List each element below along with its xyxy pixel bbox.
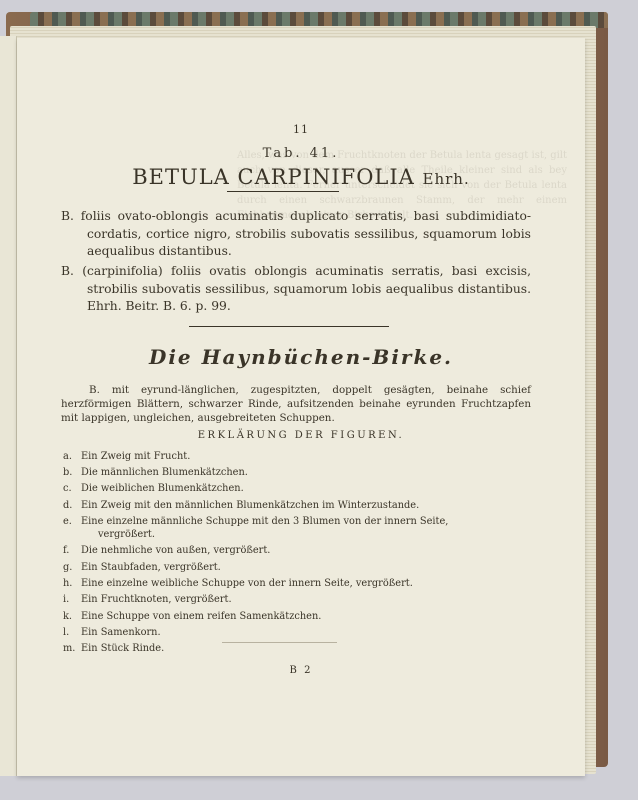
figure-item: f.Die nehmliche von außen, vergrößert. — [63, 543, 543, 559]
figures-heading: ERKLÄRUNG DER FIGUREN. — [17, 430, 585, 441]
authority: Ehrh. — [423, 170, 470, 188]
figure-item: a.Ein Zweig mit Frucht. — [63, 448, 543, 464]
title-underline — [227, 191, 339, 192]
book-page: Alles, was von dem Fruchtknoten der Betu… — [17, 38, 585, 776]
plate-number: Tab. 41. — [17, 146, 585, 161]
latin-diagnosis-1: B. foliis ovato-oblongis acuminatis dupl… — [61, 208, 531, 261]
end-rule — [222, 642, 337, 643]
figures-list: a.Ein Zweig mit Frucht. b.Die männlichen… — [63, 448, 543, 657]
section-divider — [189, 326, 389, 327]
figure-item: c.Die weiblichen Blumenkätzchen. — [63, 481, 543, 497]
figure-item-continuation: vergrößert. — [63, 526, 543, 542]
figure-item: h.Eine einzelne weibliche Schuppe von de… — [63, 575, 543, 591]
figure-item: m.Ein Stück Rinde. — [63, 641, 543, 657]
latin-species-title: BETULA CARPINIFOLIA Ehrh. — [17, 165, 585, 189]
german-species-title: Die Haynbüchen-Birke. — [17, 345, 585, 369]
figure-item: g.Ein Staubfaden, vergrößert. — [63, 559, 543, 575]
figure-item: k.Eine Schuppe von einem reifen Samenkät… — [63, 608, 543, 624]
figure-item: l.Ein Samenkorn. — [63, 624, 543, 640]
latin-name: BETULA CARPINIFOLIA — [132, 165, 415, 189]
printer-signature: B 2 — [17, 665, 585, 676]
latin-diagnosis-2: B. (carpinifolia) foliis ovatis oblongis… — [61, 263, 531, 316]
page-number: 11 — [17, 123, 585, 136]
figure-item: b.Die männlichen Blumenkätzchen. — [63, 464, 543, 480]
figure-item: d.Ein Zweig mit den männlichen Blumenkät… — [63, 497, 543, 513]
left-page-edge — [0, 36, 17, 776]
figure-item: i.Ein Fruchtknoten, vergrößert. — [63, 592, 543, 608]
german-description: B. mit eyrund-länglichen, zugespitzten, … — [61, 383, 531, 425]
